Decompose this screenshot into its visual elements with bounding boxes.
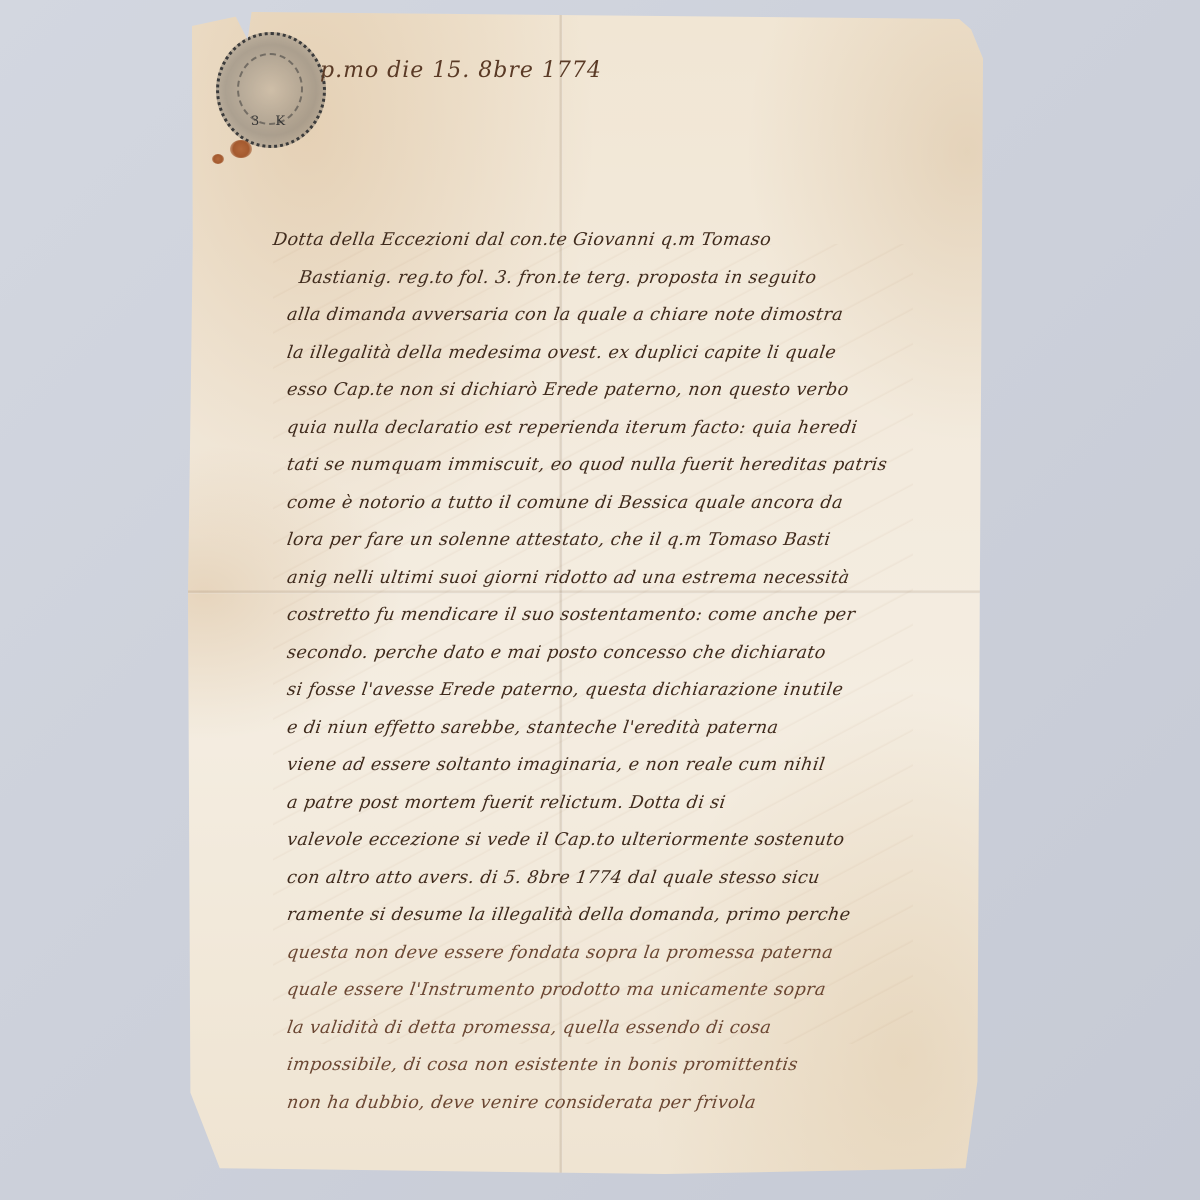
stamp-seal-icon: 3 K bbox=[216, 32, 326, 148]
manuscript-page: 3 K p.mo die 15. 8bre 1774 Dotta della E… bbox=[188, 12, 983, 1174]
document-date-line: p.mo die 15. 8bre 1774 bbox=[320, 58, 602, 83]
manuscript-body: Dotta della Eccezioni dal con.te Giovann… bbox=[273, 222, 913, 1122]
manuscript-line: valevole eccezione si vede il Cap.to ult… bbox=[270, 822, 915, 860]
manuscript-line: lora per fare un solenne attestato, che … bbox=[270, 522, 915, 560]
manuscript-line: si fosse l'avesse Erede paterno, questa … bbox=[270, 672, 915, 710]
manuscript-line: quale essere l'Instrumento prodotto ma u… bbox=[270, 972, 915, 1010]
manuscript-line: e di niun effetto sarebbe, stanteche l'e… bbox=[270, 710, 915, 748]
manuscript-line: costretto fu mendicare il suo sostentame… bbox=[270, 597, 915, 635]
manuscript-line: ramente si desume la illegalità della do… bbox=[270, 897, 915, 935]
manuscript-line: viene ad essere soltanto imaginaria, e n… bbox=[270, 747, 915, 785]
manuscript-line: come è notorio a tutto il comune di Bess… bbox=[270, 485, 915, 523]
manuscript-line: Dotta della Eccezioni dal con.te Giovann… bbox=[270, 222, 915, 260]
manuscript-line: la validità di detta promessa, quella es… bbox=[270, 1010, 915, 1048]
manuscript-line: quia nulla declaratio est reperienda ite… bbox=[270, 410, 915, 448]
manuscript-line: questa non deve essere fondata sopra la … bbox=[270, 935, 915, 973]
manuscript-line: a patre post mortem fuerit relictum. Dot… bbox=[270, 785, 915, 823]
wax-stain-small bbox=[212, 154, 224, 164]
manuscript-line: non ha dubbio, deve venire considerata p… bbox=[270, 1085, 915, 1123]
wax-stain bbox=[230, 140, 252, 158]
manuscript-line: esso Cap.te non si dichiarò Erede patern… bbox=[270, 372, 915, 410]
manuscript-line: secondo. perche dato e mai posto concess… bbox=[270, 635, 915, 673]
manuscript-line: alla dimanda avversaria con la quale a c… bbox=[270, 297, 915, 335]
manuscript-line: con altro atto avers. di 5. 8bre 1774 da… bbox=[270, 860, 915, 898]
manuscript-line: la illegalità della medesima ovest. ex d… bbox=[270, 335, 915, 373]
seal-inner-ring bbox=[237, 53, 303, 125]
manuscript-line: tati se numquam immiscuit, eo quod nulla… bbox=[270, 447, 915, 485]
manuscript-line: anig nelli ultimi suoi giorni ridotto ad… bbox=[270, 560, 915, 598]
manuscript-line: Bastianig. reg.to fol. 3. fron.te terg. … bbox=[270, 260, 915, 298]
manuscript-line: impossibile, di cosa non esistente in bo… bbox=[270, 1047, 915, 1085]
